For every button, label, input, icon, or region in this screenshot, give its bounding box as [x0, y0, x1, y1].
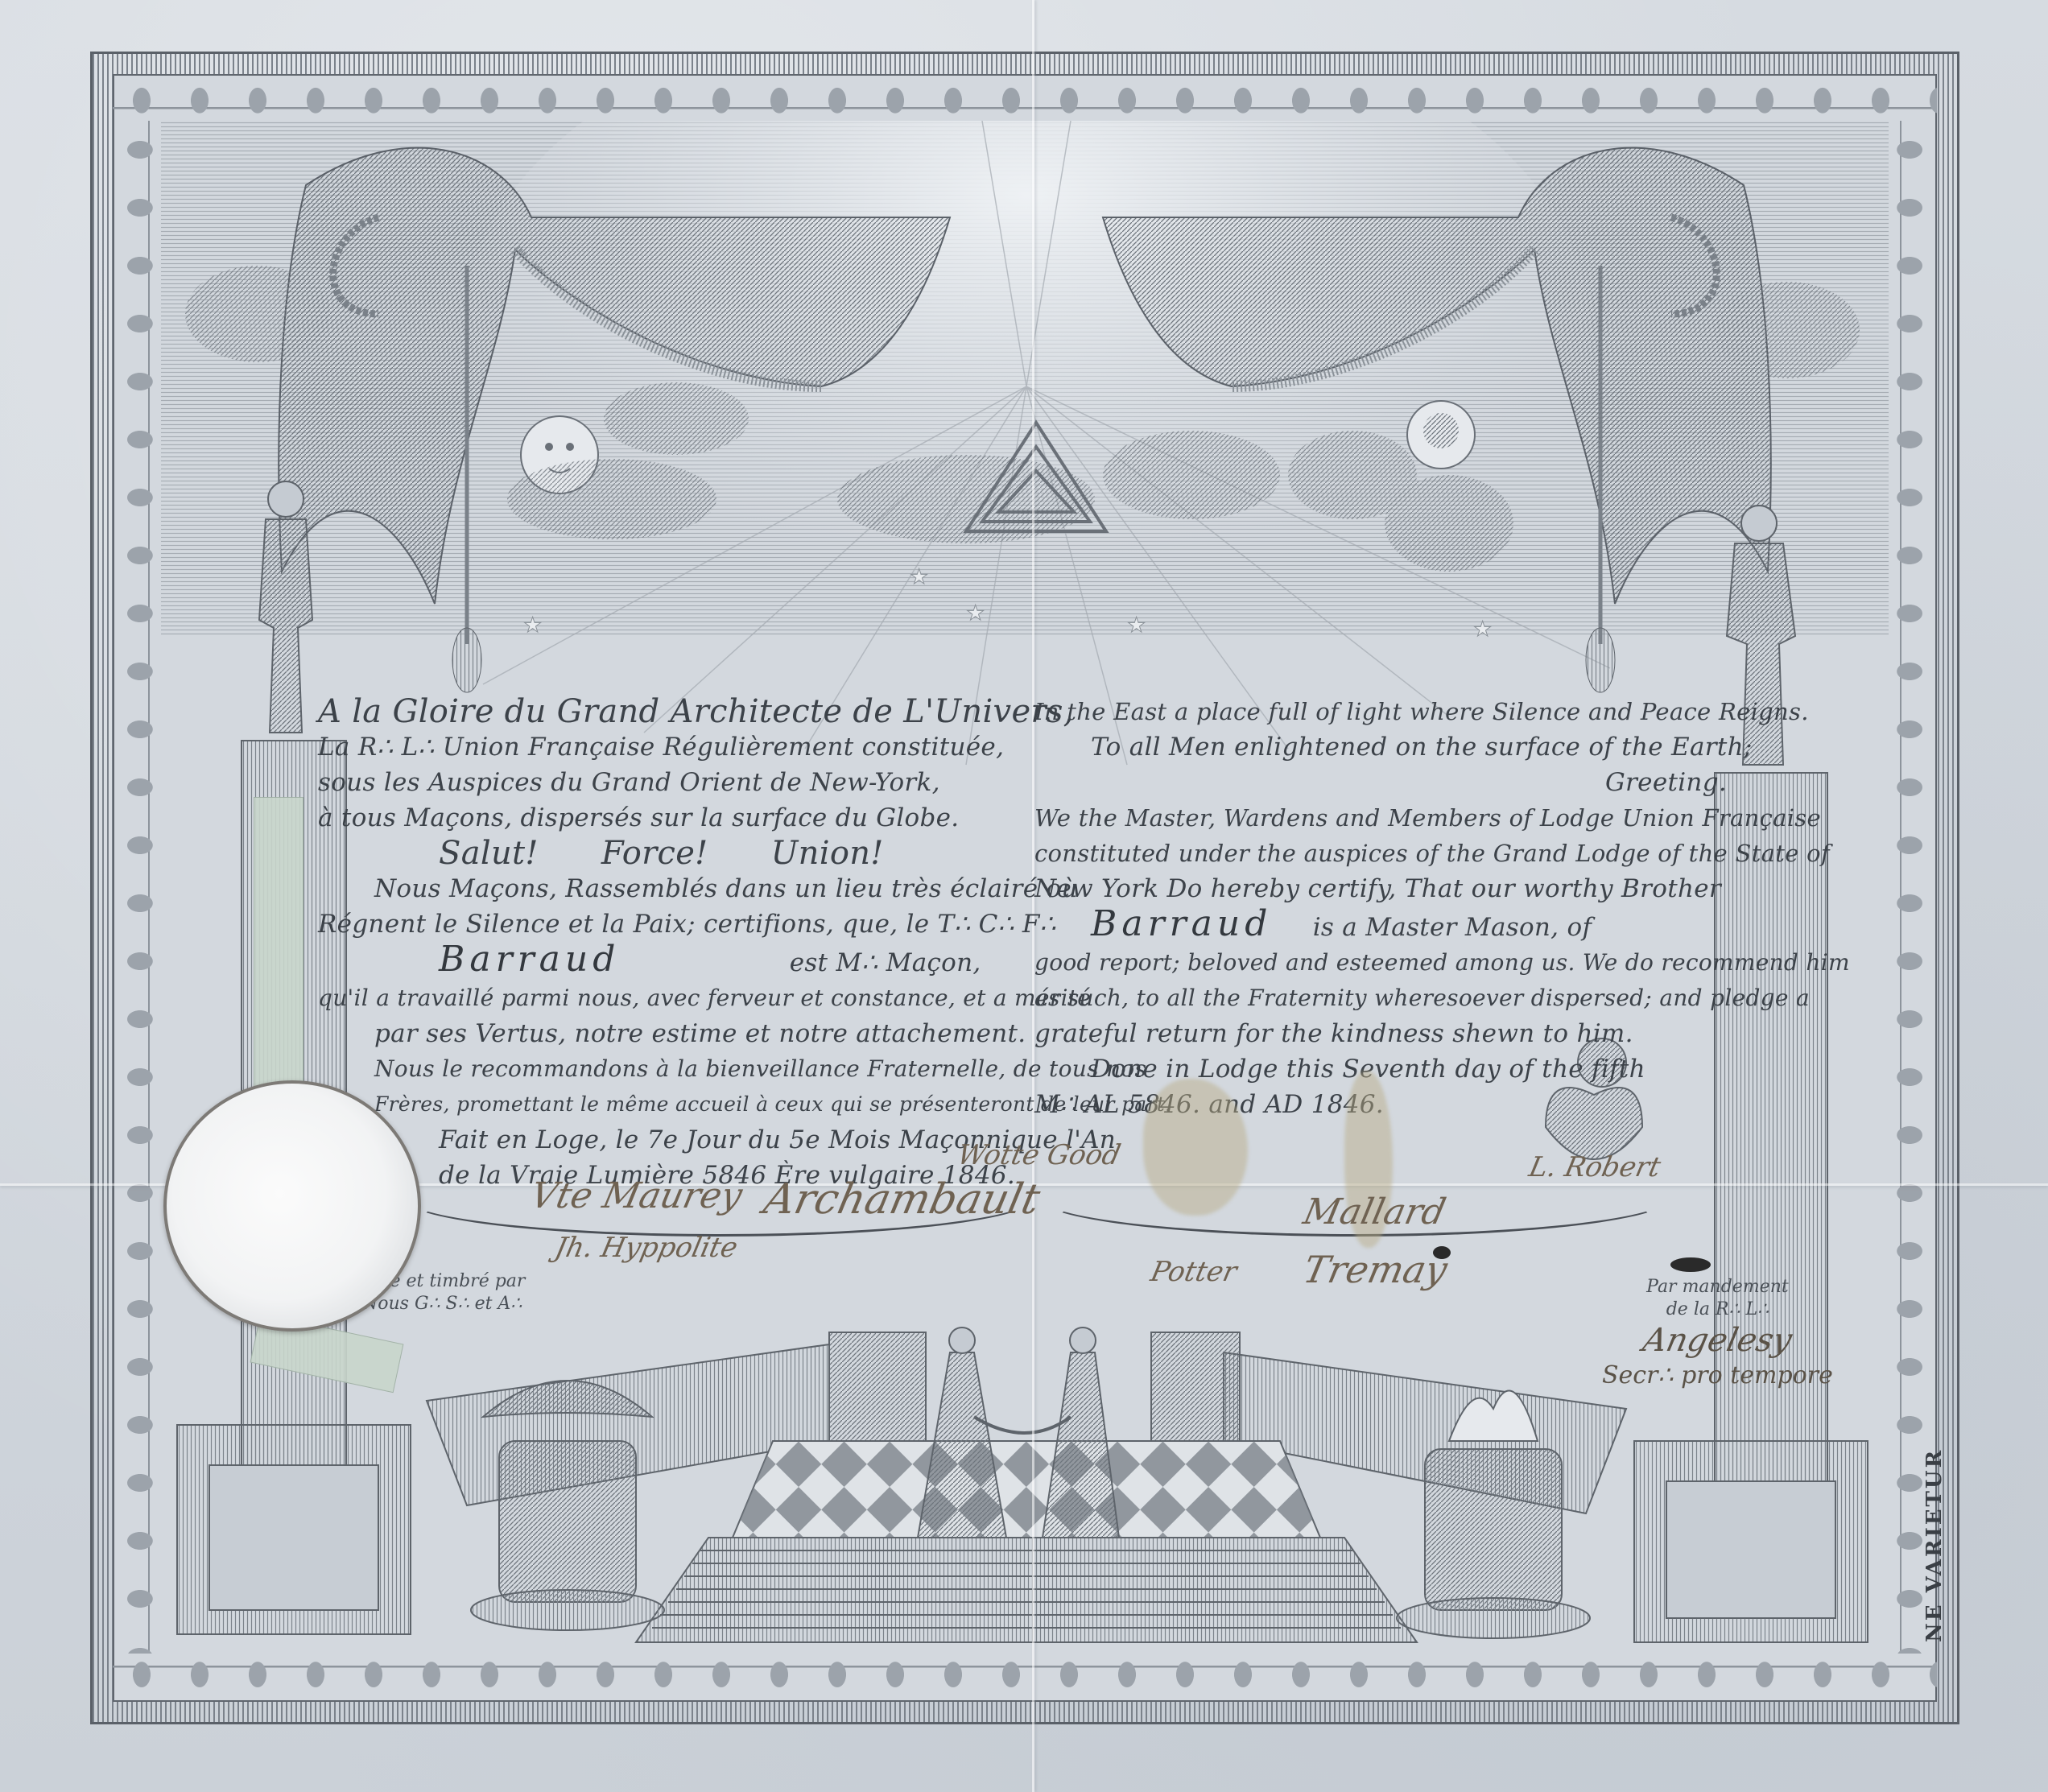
signature-5: Mallard — [1300, 1191, 1450, 1233]
en-line-2: To all Men enlightened on the surface of… — [1034, 729, 1759, 765]
wax-seal — [163, 1080, 421, 1332]
pedestal-left-panel — [209, 1465, 378, 1610]
signature-6: L. Robert — [1526, 1151, 1664, 1183]
svg-text:★: ★ — [1127, 613, 1146, 638]
fr-degree: est M∴ Maçon, — [790, 948, 981, 977]
signature-1: Vte Maurey — [527, 1175, 746, 1216]
en-line-6: New York Do hereby certify, That our wor… — [1034, 871, 1759, 906]
fr-line-2: La R∴ L∴ Union Française Régulièrement c… — [318, 729, 1034, 765]
svg-text:★: ★ — [910, 565, 928, 589]
fr-line-1: A la Gloire du Grand Architecte de L'Uni… — [318, 694, 1034, 729]
fr-line-9: par ses Vertus, notre estime et notre at… — [318, 1016, 1034, 1051]
fr-line-8: qu'il a travaillé parmi nous, avec ferve… — [318, 981, 1034, 1016]
svg-text:★: ★ — [1473, 617, 1492, 642]
ribbon-upper — [254, 797, 303, 1105]
en-line-8: as such, to all the Fraternity wheresoev… — [1034, 981, 1759, 1016]
signature-3: Wotte Good — [955, 1139, 1124, 1171]
fr-greeting: Salut! Force! Union! — [318, 836, 1034, 871]
en-brother-name: Barraud — [1091, 903, 1272, 944]
staircase — [636, 1538, 1417, 1642]
statue-left — [259, 481, 312, 733]
secretary-line-1: Par mandement — [1602, 1276, 1833, 1299]
fr-name-line: Barraud est M∴ Maçon, — [318, 942, 1034, 981]
secretary-signature: Angelesy — [1598, 1321, 1837, 1360]
fr-line-10: Nous le recommandons à la bienveillance … — [318, 1051, 1034, 1087]
en-line-5: constituted under the auspices of the Gr… — [1034, 836, 1759, 871]
fr-line-4: à tous Maçons, dispersés sur la surface … — [318, 800, 1034, 836]
en-line-9: grateful return for the kindness shewn t… — [1034, 1016, 1759, 1051]
fr-line-6: Nous Maçons, Rassemblés dans un lieu trè… — [318, 871, 1034, 906]
en-line-1: In the East a place full of light where … — [1034, 694, 1759, 729]
en-name-line: Barraud is a Master Mason, of — [1034, 906, 1759, 945]
fr-line-11: Frères, promettant le même accueil à ceu… — [318, 1087, 1034, 1122]
en-greeting: Greeting. — [1034, 765, 1759, 800]
en-line-10: Done in Lodge this Seventh day of the fi… — [1034, 1051, 1759, 1087]
signature-4: Jh. Hyppolite — [552, 1232, 741, 1264]
egg-and-dart-border-right — [1889, 121, 1935, 1654]
fr-brother-name: Barraud — [439, 939, 620, 980]
en-line-4: We the Master, Wardens and Members of Lo… — [1034, 800, 1759, 836]
svg-text:★: ★ — [523, 613, 542, 638]
pedestal-right-panel — [1666, 1481, 1835, 1618]
signature-7: Potter — [1148, 1256, 1240, 1288]
paper-hole-1 — [1670, 1257, 1711, 1272]
egg-and-dart-border-bottom — [113, 1654, 1937, 1700]
egg-and-dart-border-left — [114, 121, 161, 1654]
french-text-column: A la Gloire du Grand Architecte de L'Uni… — [318, 694, 1034, 1193]
en-line-7: good report; beloved and esteemed among … — [1034, 945, 1759, 981]
signature-2: Archambault — [760, 1175, 1044, 1224]
fr-line-3: sous les Auspices du Grand Orient de New… — [318, 765, 1034, 800]
secretary-block: Par mandement de la R∴ L∴ Angelesy Secr∴… — [1602, 1276, 1833, 1392]
fr-line-7: Régnent le Silence et la Paix; certifion… — [318, 906, 1034, 942]
tassel-right — [1586, 628, 1615, 692]
tassel-left — [452, 628, 481, 692]
skull-panel-left — [829, 1332, 926, 1445]
secretary-line-2: de la R∴ L∴ — [1602, 1299, 1833, 1321]
door-panel-right — [1151, 1332, 1240, 1445]
english-text-column: In the East a place full of light where … — [1034, 694, 1759, 1122]
egg-and-dart-border-top — [113, 76, 1937, 121]
signature-8: Tremay — [1299, 1248, 1451, 1291]
en-degree: is a Master Mason, of — [1313, 913, 1592, 942]
svg-text:★: ★ — [966, 601, 985, 626]
motto-ne-varietur: NE VARIETUR — [1922, 1448, 1947, 1642]
signatures-area: Vte Maurey Archambault Wotte Good Jh. Hy… — [483, 1143, 1674, 1304]
secretary-title: Secr∴ pro tempore — [1602, 1360, 1833, 1392]
en-date-line: M∴ AL 5846. and AD 1846. — [1034, 1087, 1759, 1122]
